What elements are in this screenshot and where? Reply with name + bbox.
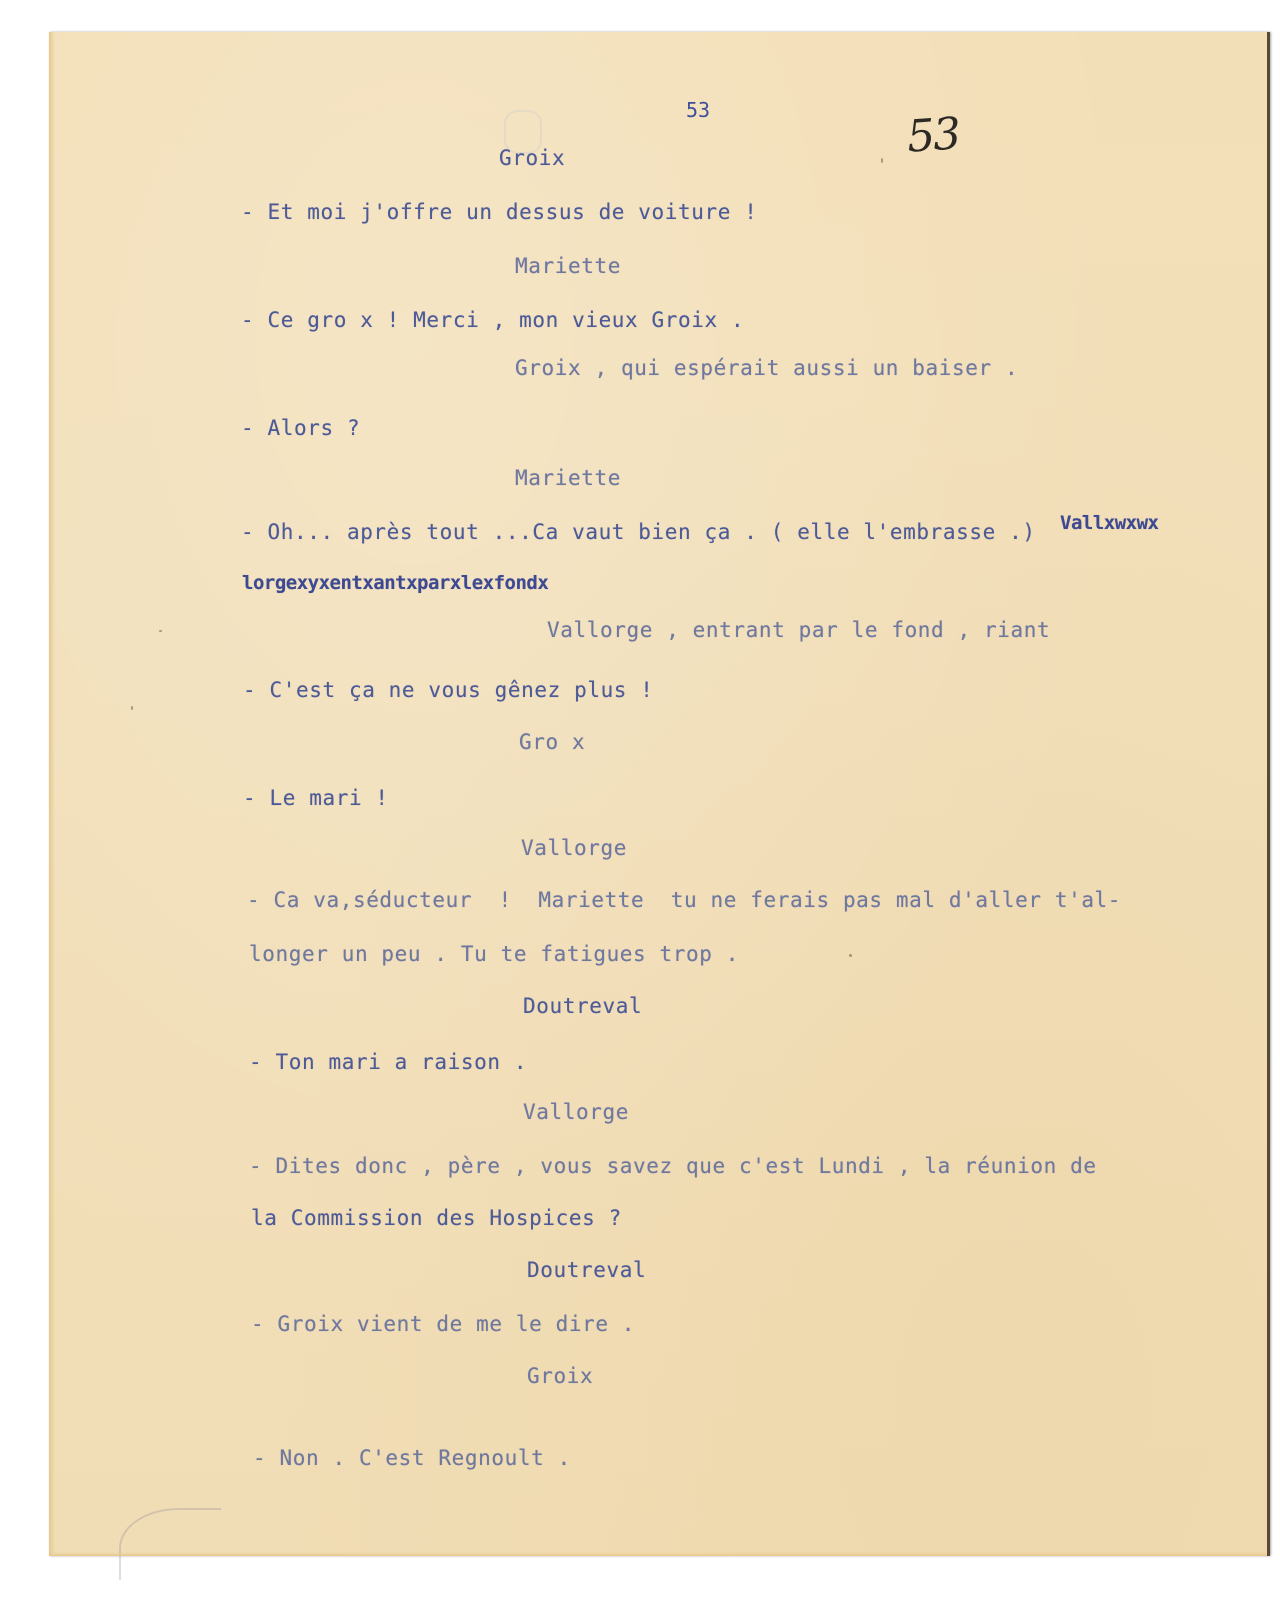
dialogue-line: la Commission des Hospices ? [251, 1208, 622, 1229]
speaker-name: Gro x [519, 732, 585, 753]
dialogue-line: - Le mari ! [243, 788, 389, 809]
dialogue-line: - Alors ? [241, 418, 360, 439]
dialogue-line: - Ca va,séducteur ! Mariette tu ne ferai… [247, 890, 1121, 911]
struck-out-text: lorgexyxentxantxparxlexfondx [242, 574, 548, 593]
speaker-name: Vallorge [523, 1102, 629, 1123]
speaker-name: Doutreval [527, 1260, 646, 1281]
struck-out-text: Vallxwxwx [1060, 514, 1158, 533]
paper-speck [131, 706, 133, 710]
dialogue-line: - Non . C'est Regnoult . [253, 1448, 571, 1469]
handwritten-page-number: 53 [905, 108, 960, 163]
speaker-name: Vallorge [521, 838, 627, 859]
dialogue-line: - Ce gro x ! Merci , mon vieux Groix . [241, 310, 744, 331]
dialogue-line: - Et moi j'offre un dessus de voiture ! [241, 202, 757, 223]
stage-direction: Groix , qui espérait aussi un baiser . [515, 358, 1018, 379]
pencil-smudge [119, 1508, 221, 1580]
typed-page-number: 53 [686, 98, 710, 122]
dialogue-line: - C'est ça ne vous gênez plus ! [243, 680, 654, 701]
dialogue-line: - Oh... après tout ...Ca vaut bien ça . … [241, 522, 1036, 543]
speaker-name: Groix [499, 148, 565, 169]
paper-speck [159, 630, 162, 632]
paper-speck [881, 158, 883, 163]
dialogue-line: - Groix vient de me le dire . [251, 1314, 635, 1335]
speaker-name: Groix [527, 1366, 593, 1387]
dialogue-line: - Dites donc , père , vous savez que c'e… [249, 1156, 1097, 1177]
stage-direction: Vallorge , entrant par le fond , riant [547, 620, 1050, 641]
speaker-name: Mariette [515, 256, 621, 277]
speaker-name: Doutreval [523, 996, 642, 1017]
paper-speck [849, 954, 852, 957]
speaker-name: Mariette [515, 468, 621, 489]
dialogue-line: - Ton mari a raison . [249, 1052, 527, 1073]
typescript-page: 53 53 Groix - Et moi j'offre un dessus d… [49, 32, 1270, 1556]
dialogue-line: longer un peu . Tu te fatigues trop . [249, 944, 739, 965]
